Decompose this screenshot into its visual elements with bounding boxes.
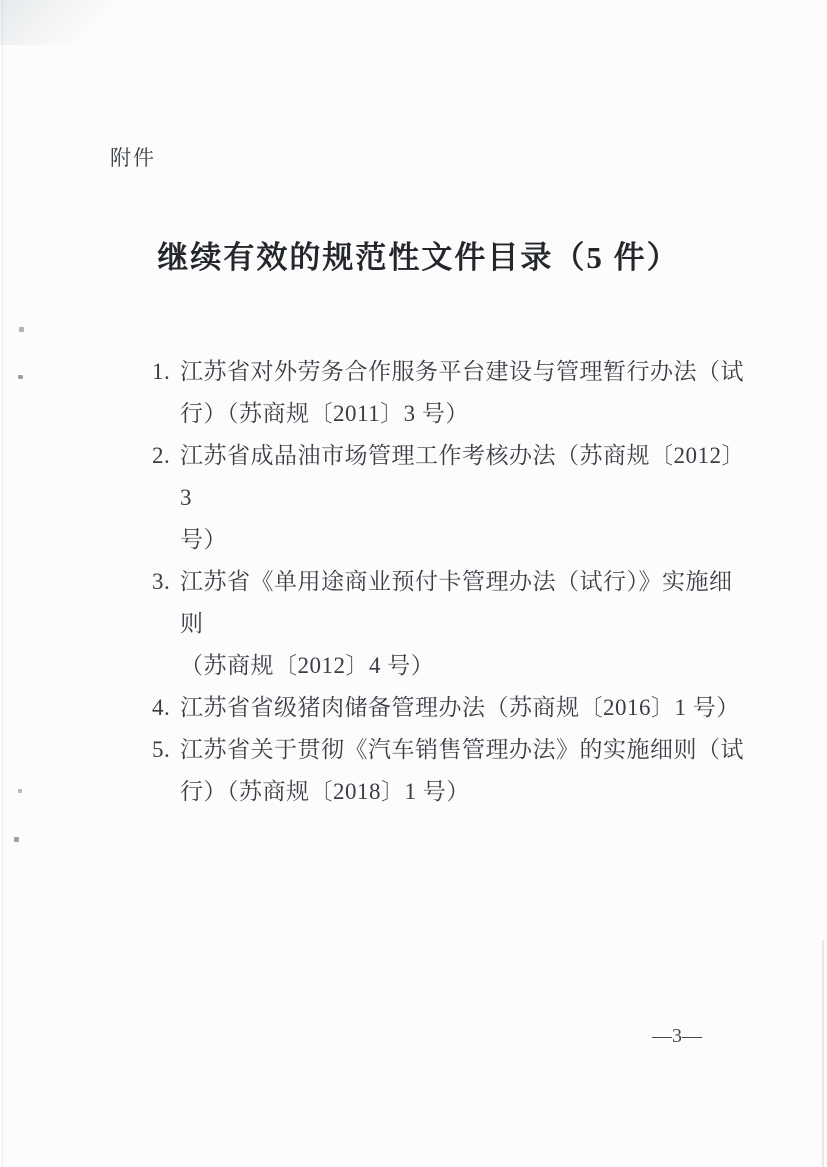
scan-speck <box>18 789 22 793</box>
attachment-label: 附件 <box>110 142 156 172</box>
list-item-text: 江苏省《单用途商业预付卡管理办法（试行）》实施细则 （苏商规〔2012〕4 号） <box>180 569 733 678</box>
list-item-text: 江苏省关于贯彻《汽车销售管理办法》的实施细则（试 行）（苏商规〔2018〕1 号… <box>180 737 744 804</box>
document-list: 1. 江苏省对外劳务合作服务平台建设与管理暂行办法（试 行）（苏商规〔2011〕… <box>152 351 752 813</box>
scan-speck <box>19 327 24 332</box>
page-number: —3— <box>652 1025 702 1048</box>
list-item: 3. 江苏省《单用途商业预付卡管理办法（试行）》实施细则 （苏商规〔2012〕4… <box>152 561 752 687</box>
list-item-number: 5. <box>152 729 170 771</box>
document-page: 附件 继续有效的规范性文件目录（5 件） 1. 江苏省对外劳务合作服务平台建设与… <box>0 0 827 1167</box>
list-item: 4. 江苏省省级猪肉储备管理办法（苏商规〔2016〕1 号） <box>152 687 752 729</box>
list-item-number: 3. <box>152 561 170 603</box>
scan-speck <box>18 375 23 379</box>
list-item: 1. 江苏省对外劳务合作服务平台建设与管理暂行办法（试 行）（苏商规〔2011〕… <box>152 351 752 435</box>
scan-left-edge <box>2 0 3 1167</box>
list-item: 5. 江苏省关于贯彻《汽车销售管理办法》的实施细则（试 行）（苏商规〔2018〕… <box>152 729 752 813</box>
document-title: 继续有效的规范性文件目录（5 件） <box>0 232 827 277</box>
list-item-number: 4. <box>152 687 170 729</box>
scan-right-edge <box>822 940 824 1167</box>
list-item: 2. 江苏省成品油市场管理工作考核办法（苏商规〔2012〕3 号） <box>152 435 752 561</box>
scan-speck <box>14 837 19 842</box>
scan-corner-shading <box>0 0 150 45</box>
list-item-text: 江苏省成品油市场管理工作考核办法（苏商规〔2012〕3 号） <box>180 443 745 552</box>
list-item-text: 江苏省省级猪肉储备管理办法（苏商规〔2016〕1 号） <box>180 695 740 720</box>
list-item-number: 2. <box>152 435 170 477</box>
list-item-number: 1. <box>152 351 170 393</box>
list-item-text: 江苏省对外劳务合作服务平台建设与管理暂行办法（试 行）（苏商规〔2011〕3 号… <box>180 359 744 426</box>
